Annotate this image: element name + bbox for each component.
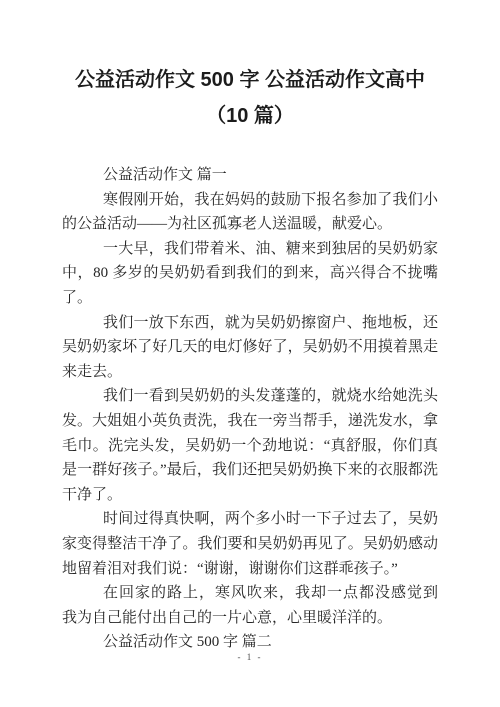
body-line: 发。大姐姐小英负责洗，我在一旁当帮手，递洗发水，拿 — [62, 409, 438, 434]
body-line: 的公益活动——为社区孤寡老人送温暖，献爱心。 — [62, 212, 438, 237]
body-line: 干净了。 — [62, 483, 438, 508]
body-line: 来走去。 — [62, 360, 438, 385]
body-line: 了。 — [62, 286, 438, 311]
body-line: 地留着泪对我们说：“谢谢，谢谢你们这群乖孩子。” — [62, 557, 438, 582]
body-line: 吴奶奶家坏了好几天的电灯修好了，吴奶奶不用摸着黑走 — [62, 335, 438, 360]
body-line: 寒假刚开始，我在妈妈的鼓励下报名参加了我们小区 — [62, 188, 438, 213]
body-line: 时间过得真快啊，两个多小时一下子过去了，吴奶奶 — [62, 507, 438, 532]
title-line-1: 公益活动作文 500 字 公益活动作文高中 — [0, 62, 500, 98]
body-line: 我为自己能付出自己的一片心意，心里暖洋洋的。 — [62, 606, 438, 631]
document-title: 公益活动作文 500 字 公益活动作文高中 （10 篇） — [0, 62, 500, 134]
body-line: 家变得整洁干净了。我们要和吴奶奶再见了。吴奶奶感动 — [62, 532, 438, 557]
document-page: 公益活动作文 500 字 公益活动作文高中 （10 篇） 公益活动作文 篇一寒假… — [0, 0, 500, 707]
body-line: 在回家的路上，寒风吹来，我却一点都没感觉到冷。 — [62, 581, 438, 606]
body-line: 一大早，我们带着米、油、糖来到独居的吴奶奶家 — [62, 237, 438, 262]
title-line-2: （10 篇） — [0, 98, 500, 134]
body-line: 是一群好孩子。”最后，我们还把吴奶奶换下来的衣服都洗 — [62, 458, 438, 483]
body-line: 公益活动作文 篇一 — [62, 163, 438, 188]
body-line: 毛巾。洗完头发，吴奶奶一个劲地说：“真舒服，你们真 — [62, 434, 438, 459]
page-number: - 1 - — [0, 652, 500, 662]
body-line: 我们一放下东西，就为吴奶奶擦窗户、拖地板，还把 — [62, 311, 438, 336]
body-line: 中，80 多岁的吴奶奶看到我们的到来，高兴得合不拢嘴 — [62, 261, 438, 286]
essay-body: 公益活动作文 篇一寒假刚开始，我在妈妈的鼓励下报名参加了我们小区的公益活动——为… — [62, 163, 438, 655]
body-line: 我们一看到吴奶奶的头发蓬蓬的，就烧水给她洗头 — [62, 384, 438, 409]
